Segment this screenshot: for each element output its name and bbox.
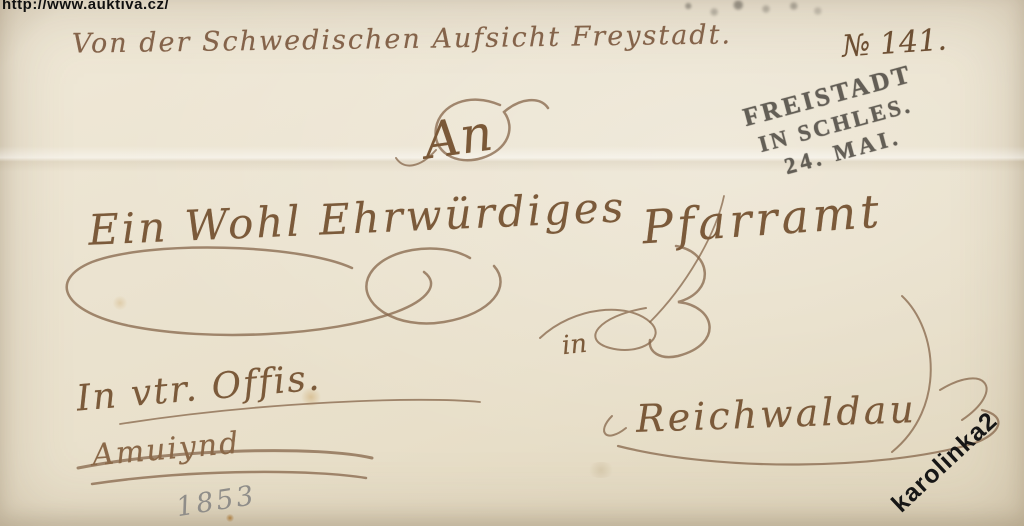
letter-scan: Von der Schwedischen Aufsicht Freystadt.… [0, 0, 1024, 526]
salutation-an: An [420, 104, 496, 171]
paper-stain [586, 462, 616, 478]
flourish-stroke [67, 248, 431, 335]
paper-stain [112, 296, 128, 310]
flourish-stroke [540, 308, 656, 350]
ink-smudge [655, 0, 840, 20]
office-note: In vtr. Offis. [75, 357, 323, 419]
signature-note: Amuiynd [91, 426, 242, 474]
pencil-year-note: 1853 [174, 480, 259, 523]
auction-site-url: http://www.auktiva.cz/ [2, 0, 169, 13]
flourish-stroke [604, 416, 626, 436]
flourish-stroke [366, 248, 500, 323]
address-line-left: Ein Wohl Ehrwürdiges [87, 182, 627, 254]
signature-underline [92, 472, 366, 484]
address-preposition: in [561, 329, 589, 361]
destination-name: Reichwaldau [635, 387, 917, 441]
document-number-note: № 141. [841, 22, 948, 64]
flourish-stroke [650, 246, 710, 357]
sender-note-line: Von der Schwedischen Aufsicht Freystadt. [72, 19, 732, 59]
address-line-right: Pfarramt [640, 184, 884, 255]
